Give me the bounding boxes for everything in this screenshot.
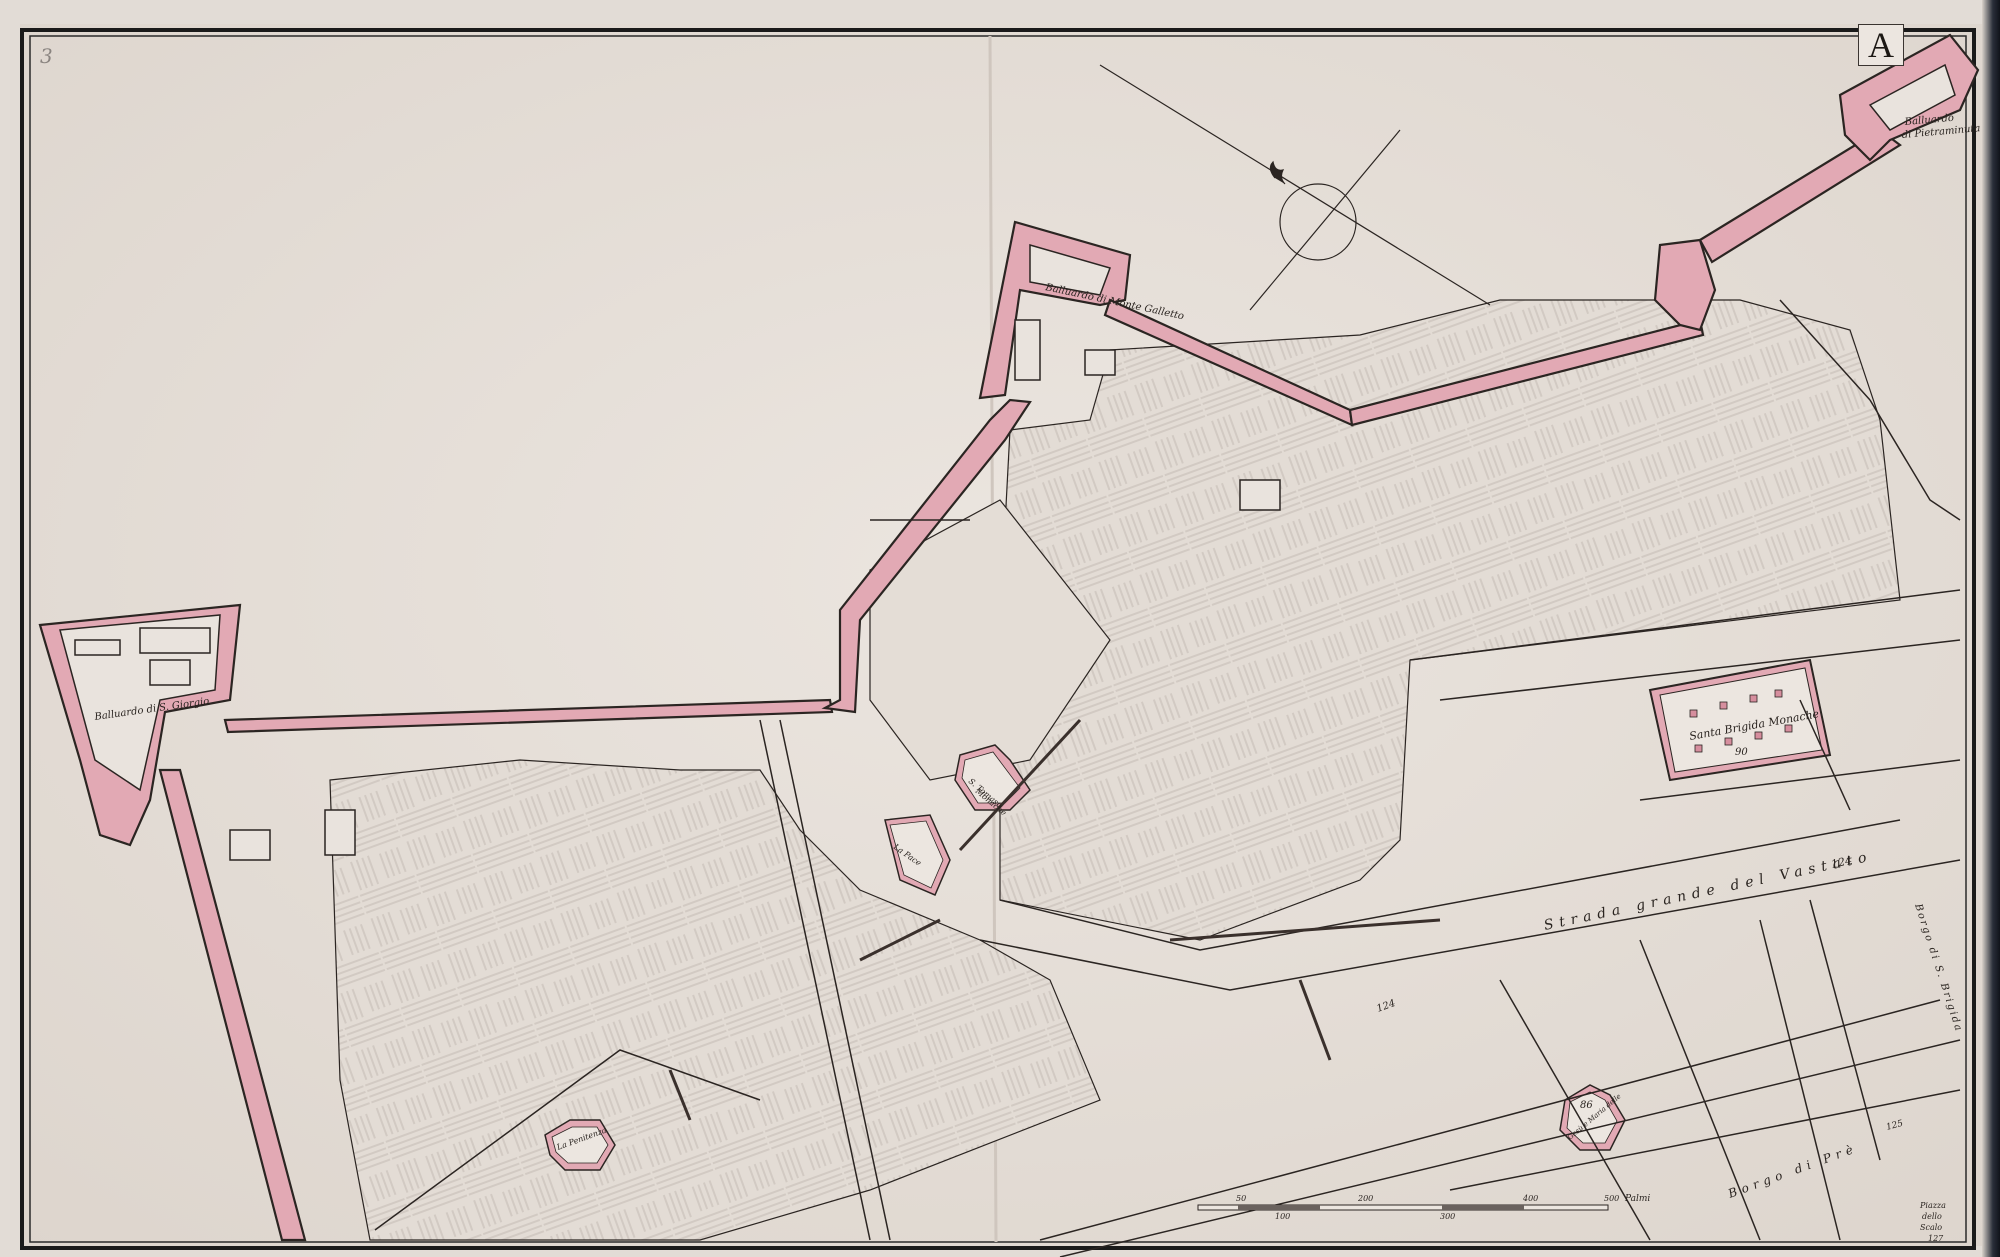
svg-text:400: 400	[1522, 1194, 1538, 1203]
sheet-number: 3	[40, 44, 53, 68]
map-drawing: 50 100 200 300 400 500 Palmi Balluardo d…	[0, 0, 2000, 1257]
svg-text:300: 300	[1440, 1212, 1455, 1221]
svg-text:50: 50	[1236, 1194, 1246, 1203]
svg-text:Piazza: Piazza	[1919, 1201, 1946, 1210]
svg-text:Scalo: Scalo	[1920, 1223, 1942, 1232]
svg-text:500: 500	[1604, 1194, 1619, 1203]
label-santa-brigida-number: 90	[1735, 747, 1748, 758]
svg-text:200: 200	[1357, 1194, 1373, 1203]
sheet-letter-box: A	[1858, 24, 1904, 66]
photo-edge-shadow	[1982, 0, 2000, 1257]
svg-text:86: 86	[1580, 1100, 1593, 1111]
svg-text:100: 100	[1275, 1212, 1290, 1221]
svg-text:Palmi: Palmi	[1624, 1194, 1650, 1204]
map-sheet: 50 100 200 300 400 500 Palmi Balluardo d…	[0, 0, 2000, 1257]
svg-text:127: 127	[1928, 1234, 1944, 1243]
svg-text:dello: dello	[1922, 1212, 1942, 1221]
